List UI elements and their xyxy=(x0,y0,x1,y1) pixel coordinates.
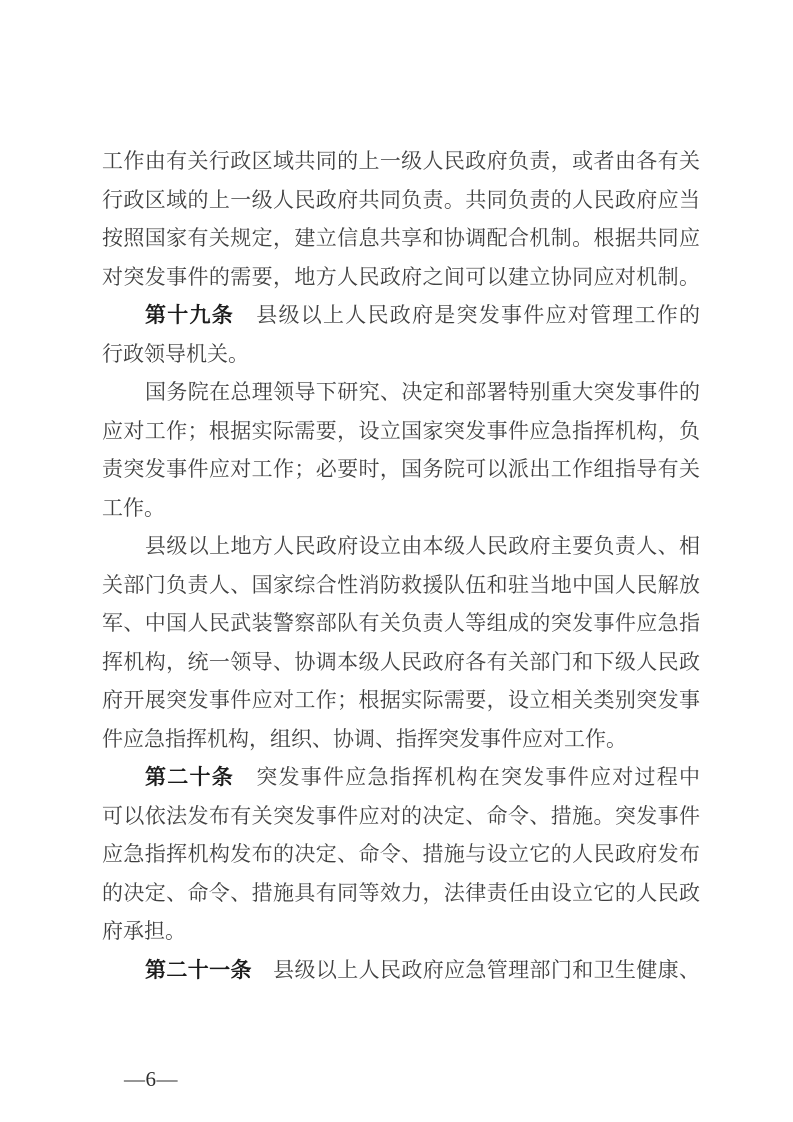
document-page: 工作由有关行政区域共同的上一级人民政府负责，或者由各有关行政区域的上一级人民政府… xyxy=(0,0,793,1122)
article-number: 第十九条 xyxy=(145,303,234,327)
line-text: 县级以上人民政府是突发事件应对管理工作的 xyxy=(234,303,700,327)
text-line: 第二十条 突发事件应急指挥机构在突发事件应对过程中 xyxy=(102,758,700,797)
text-line: 挥机构，统一领导、协调本级人民政府各有关部门和下级人民政 xyxy=(102,643,700,682)
text-line: 府开展突发事件应对工作；根据实际需要，设立相关类别突发事 xyxy=(102,681,700,720)
text-line: 按照国家有关规定，建立信息共享和协调配合机制。根据共同应 xyxy=(102,219,700,258)
text-line: 件应急指挥机构，组织、协调、指挥突发事件应对工作。 xyxy=(102,720,700,759)
page-number: —6— xyxy=(124,1066,178,1092)
text-line: 责突发事件应对工作；必要时，国务院可以派出工作组指导有关 xyxy=(102,450,700,489)
text-line: 可以依法发布有关突发事件应对的决定、命令、措施。突发事件 xyxy=(102,797,700,836)
text-line: 行政领导机关。 xyxy=(102,335,700,374)
article-number: 第二十条 xyxy=(145,765,234,789)
text-line: 县级以上地方人民政府设立由本级人民政府主要负责人、相 xyxy=(102,527,700,566)
text-line: 应急指挥机构发布的决定、命令、措施与设立它的人民政府发布 xyxy=(102,835,700,874)
article-number: 第二十一条 xyxy=(145,958,252,982)
text-line: 军、中国人民武装警察部队有关负责人等组成的突发事件应急指 xyxy=(102,604,700,643)
text-line: 工作由有关行政区域共同的上一级人民政府负责，或者由各有关 xyxy=(102,142,700,181)
text-line: 国务院在总理领导下研究、决定和部署特别重大突发事件的 xyxy=(102,373,700,412)
text-line: 第二十一条 县级以上人民政府应急管理部门和卫生健康、 xyxy=(102,951,700,990)
text-line: 应对工作；根据实际需要，设立国家突发事件应急指挥机构，负 xyxy=(102,412,700,451)
text-line: 关部门负责人、国家综合性消防救援队伍和驻当地中国人民解放 xyxy=(102,566,700,605)
text-line: 工作。 xyxy=(102,489,700,528)
text-line: 对突发事件的需要，地方人民政府之间可以建立协同应对机制。 xyxy=(102,258,700,297)
text-line: 府承担。 xyxy=(102,912,700,951)
text-line: 行政区域的上一级人民政府共同负责。共同负责的人民政府应当 xyxy=(102,181,700,220)
document-body: 工作由有关行政区域共同的上一级人民政府负责，或者由各有关行政区域的上一级人民政府… xyxy=(102,142,700,989)
line-text: 县级以上人民政府应急管理部门和卫生健康、 xyxy=(252,958,700,982)
text-line: 第十九条 县级以上人民政府是突发事件应对管理工作的 xyxy=(102,296,700,335)
line-text: 突发事件应急指挥机构在突发事件应对过程中 xyxy=(234,765,700,789)
text-line: 的决定、命令、措施具有同等效力，法律责任由设立它的人民政 xyxy=(102,874,700,913)
